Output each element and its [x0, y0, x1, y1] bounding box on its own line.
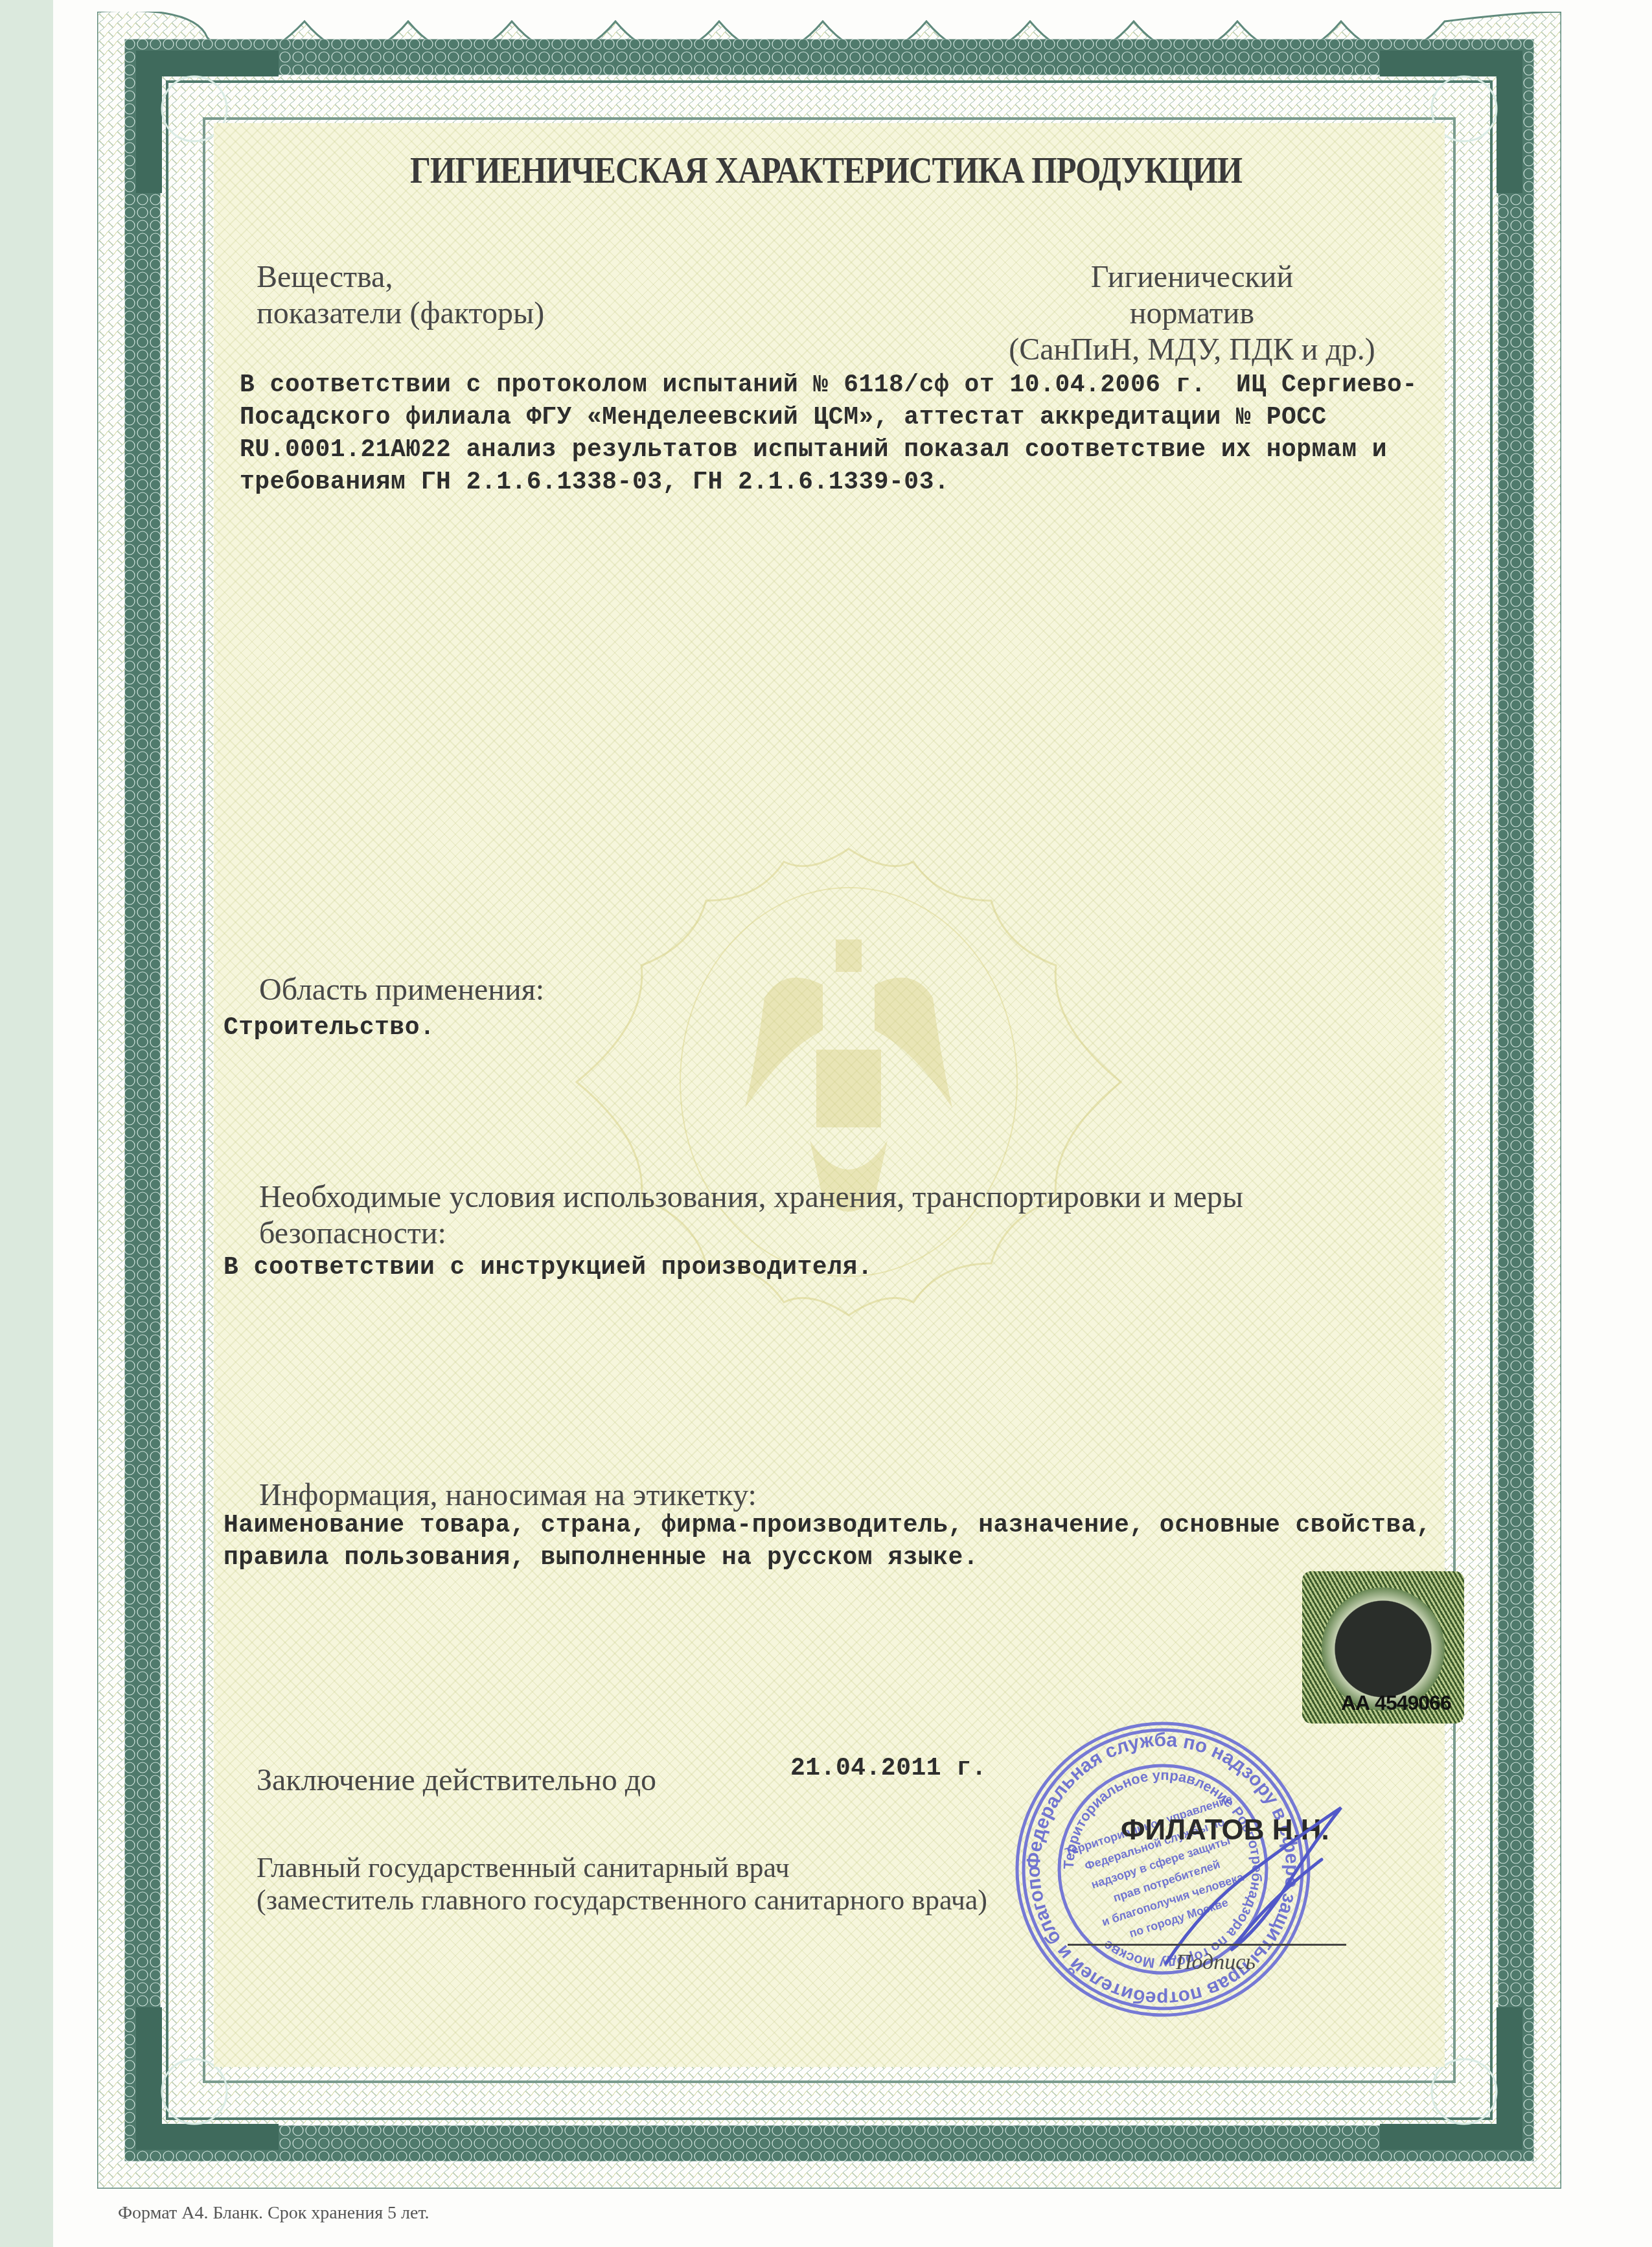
norm-sources-label: (СанПиН, МДУ, ПДК и др.) [985, 332, 1399, 368]
validity-label: Заключение действительно до [257, 1762, 656, 1799]
factors-label: показатели (факторы) [257, 295, 544, 332]
signature-line [1068, 1944, 1346, 1946]
substances-column-header: Вещества, показатели (факторы) [257, 259, 544, 332]
conditions-label: Необходимые условия использования, хране… [259, 1179, 1425, 1252]
validity-date: 21.04.2011 г. [790, 1753, 987, 1785]
application-area-value: Строительство. [224, 1012, 435, 1044]
label-info-label: Информация, наносимая на этикетку: [259, 1477, 757, 1514]
hygienic-norm-column-header: Гигиенический норматив (СанПиН, МДУ, ПДК… [985, 259, 1399, 368]
conditions-value: В соответствии с инструкцией производите… [224, 1252, 873, 1284]
hologram-serial: АА 4549066 [1341, 1691, 1451, 1715]
signature-caption: Подпись [1176, 1950, 1256, 1975]
norm-label: норматив [985, 295, 1399, 332]
signatory-position: Главный государственный санитарный врач [257, 1850, 790, 1886]
scan-edge [0, 0, 53, 2247]
document-title: ГИГИЕНИЧЕСКАЯ ХАРАКТЕРИСТИКА ПРОДУКЦИИ [83, 150, 1570, 192]
label-info-value: Наименование товара, страна, фирма-произ… [224, 1510, 1474, 1574]
signatory-position-deputy: (заместитель главного государственного с… [257, 1882, 987, 1919]
hologram-sticker: АА 4549066 [1302, 1571, 1464, 1723]
hygienic-label: Гигиенический [985, 259, 1399, 295]
form-footer: Формат А4. Бланк. Срок хранения 5 лет. [118, 2203, 430, 2224]
substances-label: Вещества, [257, 259, 544, 295]
protocol-text: В соответствии с протоколом испытаний № … [240, 369, 1458, 499]
application-area-label: Область применения: [259, 972, 544, 1008]
